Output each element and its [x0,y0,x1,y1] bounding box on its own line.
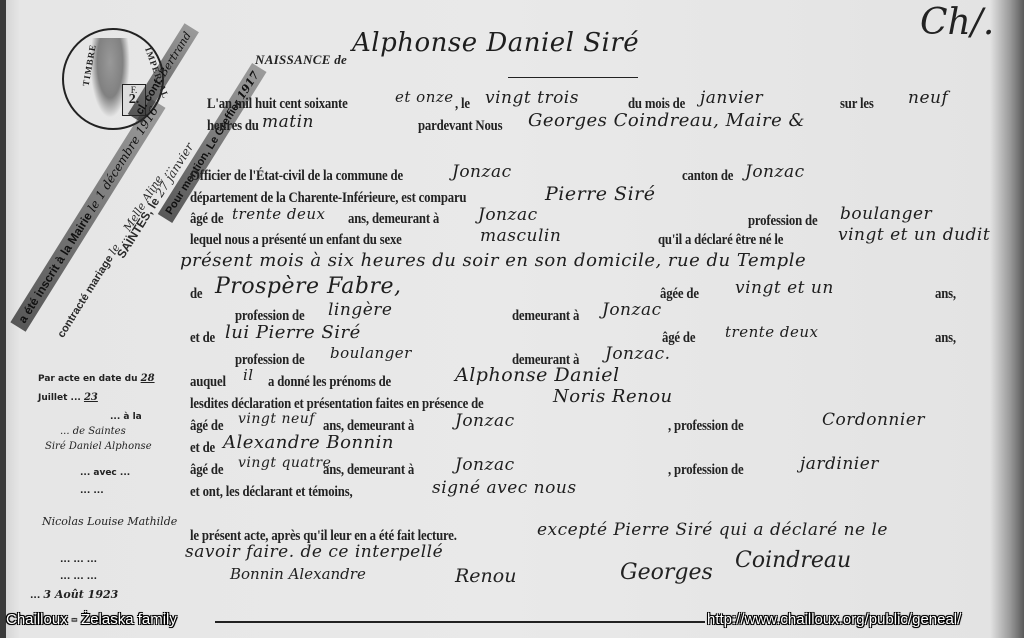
hand-witness2: Alexandre Bonnin [223,432,394,453]
hand-savoir: savoir faire. de ce interpellé [185,542,443,562]
printed-lesdites: lesdites déclaration et présentation fai… [190,396,483,413]
hand-witness2-residence: Jonzac [455,455,515,475]
printed-profession-w2: , profession de [668,462,743,479]
signature-renou: Renou [455,565,516,587]
hand-witness1: Noris Renou [553,386,673,407]
hand-mayor: Georges Coindreau, Maire & [528,110,805,131]
margin-note-9: ... ... ... [60,572,97,582]
margin-note-0: Par acte en date du 28 [38,373,155,384]
hand-father-age: trente deux [232,205,326,223]
hand-father-again: lui Pierre Siré [225,322,361,343]
hand-father-profession2: boulanger [330,344,412,362]
printed-declare-ne: qu'il a déclaré être né le [658,232,783,249]
hand-matin: matin [262,112,314,132]
margin-note-8: ... ... ... [60,555,97,565]
margin-note-7: Nicolas Louise Mathilde [42,515,177,528]
margin-note-1: Juillet ... 23 [38,392,98,403]
printed-profession: profession de [748,213,817,230]
binding-edge [0,0,6,638]
hand-father-age2: trente deux [725,323,819,341]
top-right-mark: Ch/. [920,2,994,43]
watermark-family: Chailloux - Żelaska family [6,611,177,628]
printed-age-w2: âgé de [190,462,223,479]
line-year: L'an mil huit cent soixante [207,96,348,113]
printed-lequel: lequel nous a présenté un enfant du sexe [190,232,402,249]
printed-heures: heures du [207,118,259,135]
hand-birth-details: présent mois à six heures du soir en son… [180,250,806,271]
signature-bonnin: Bonnin Alexandre [230,565,366,583]
hand-except: excepté Pierre Siré qui a déclaré ne le [537,520,888,540]
hand-witness1-age: vingt neuf [238,411,315,427]
printed-demeurant-w2: ans, demeurant à [323,462,414,479]
hand-father: Pierre Siré [545,183,655,205]
printed-officier: Officier de l'État-civil de la commune d… [190,168,403,185]
printed-et-ont: et ont, les déclarant et témoins, [190,484,353,501]
hand-mother-residence: Jonzac [602,300,662,320]
hand-birth-day: vingt et un dudit [838,225,990,245]
printed-et-de-w2: et de [190,440,215,457]
hand-father-profession: boulanger [840,204,932,224]
hand-mother-age: vingt et un [735,278,834,298]
printed-prenoms: a donné les prénoms de [268,374,391,391]
hand-witness2-profession: jardinier [800,454,879,474]
margin-note-5: ... avec ... [80,468,130,478]
hand-given-names: Alphonse Daniel [455,364,620,386]
hand-mother-profession: lingère [328,300,392,320]
printed-sur-les: sur les [840,96,874,113]
hand-witness2-age: vingt quatre [238,455,331,471]
hand-commune: Jonzac [452,162,512,182]
printed-demeurant: ans, demeurant à [348,211,439,228]
margin-note-2: ... à la [110,412,142,422]
margin-note-10: ... 3 Août 1923 [30,588,118,601]
printed-auquel: auquel [190,374,226,391]
hand-father-residence2: Jonzac. [605,344,671,364]
printed-demeurant-mother: demeurant à [512,308,579,325]
margin-note-6: ... ... [80,486,104,496]
printed-canton: canton de [682,168,733,185]
hand-month: janvier [700,88,763,108]
hand-canton: Jonzac [745,162,805,182]
hand-witness1-residence: Jonzac [455,411,515,431]
hand-witness1-profession: Cordonnier [822,410,925,430]
document-heading: NAISSANCE de [255,52,347,68]
printed-ans: ans, [935,286,956,303]
signature-georges: Georges [620,560,713,585]
printed-le: , le [455,96,470,113]
hand-father-residence: Jonzac [478,205,538,225]
printed-agee: âgée de [660,286,699,303]
printed-age-w1: âgé de [190,418,223,435]
hand-sex: masculin [480,226,561,246]
printed-de: de [190,286,202,303]
margin-note-3: ... de Saintes [60,426,126,437]
bottom-rule [215,621,705,623]
hand-il: il [243,366,254,384]
printed-age: âgé de [190,211,223,228]
hand-hour: neuf [908,88,948,108]
printed-profession-w1: , profession de [668,418,743,435]
signature-coindreau: Coindreau [735,548,851,573]
heading-rule [508,77,638,78]
printed-et-de: et de [190,330,215,347]
watermark-url[interactable]: http://www.chailloux.org/public/geneal/ [707,611,961,628]
hand-year: et onze [395,88,454,106]
printed-ans2: ans, [935,330,956,347]
hand-signe: signé avec nous [432,478,577,498]
margin-note-4: Siré Daniel Alphonse [45,441,152,452]
hand-mother: Prospère Fabre, [215,274,402,299]
subject-name: Alphonse Daniel Siré [352,28,639,58]
scanned-document-page: TIMBRE IMPERIAL F. 2. a été inscrit à la… [0,0,1024,638]
hand-day: vingt trois [485,88,579,108]
printed-pardevant: pardevant Nous [418,118,502,135]
